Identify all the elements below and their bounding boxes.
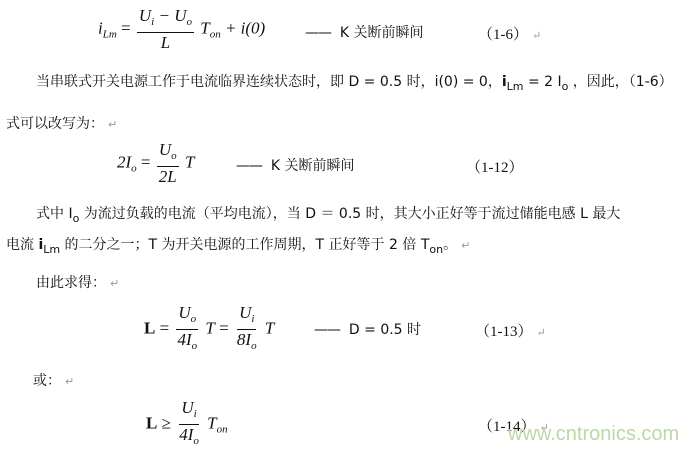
fraction-numerator: Uo	[157, 140, 179, 167]
equation-number: （1-6）	[478, 27, 528, 43]
fraction-denominator: 4Io	[175, 330, 199, 356]
subscript: Lm	[507, 80, 524, 93]
fraction: Uo 2L	[157, 140, 179, 187]
equation-1-13: L = Uo 4Io T = Ui 8Io T	[144, 303, 274, 356]
fraction-denominator: 2L	[157, 167, 179, 187]
eq-symbol: T	[205, 318, 214, 337]
eq-subscript: o	[131, 162, 137, 174]
equation-number: （1-12）	[466, 160, 524, 176]
subscript: on	[429, 243, 443, 256]
dash: ——	[236, 158, 262, 174]
dash: ——	[314, 322, 340, 338]
paragraph-mark-icon: ↵	[532, 30, 541, 42]
eq-operator: ≥	[162, 413, 171, 432]
watermark-text: www.cntronics.com	[508, 423, 679, 445]
equation-condition: D = 0.5 时	[349, 322, 421, 338]
paragraph-text: 当串联式开关电源工作于电流临界连续状态时，即 D = 0.5 时，i(0) = …	[36, 74, 502, 90]
paragraph-1-line-1: 当串联式开关电源工作于电流临界连续状态时，即 D = 0.5 时，i(0) = …	[36, 73, 673, 96]
watermark: www.cntronics.com	[508, 423, 679, 446]
fraction: Ui 4Io	[177, 398, 201, 451]
fraction-numerator: Uo	[176, 303, 198, 330]
fraction-denominator: L	[159, 33, 172, 53]
paragraph-text: 的二分之一；T 为开关电源的工作周期，T 正好等于 2 倍 T	[60, 237, 429, 253]
paragraph-text: ，因此，（1-6）	[568, 74, 672, 90]
equation-1-6: iLm = Ui − Uo L Ton + i(0)	[98, 6, 265, 53]
paragraph-mark-icon: ↵	[65, 375, 74, 388]
paragraph-text: 为流过负载的电流（平均电流），当 D ＝ 0.5 时，其大小正好等于流过储能电感…	[79, 206, 620, 222]
eq-symbol: T	[185, 152, 194, 171]
paragraph-text: 电流	[6, 237, 38, 253]
eq-symbol: 2I	[117, 152, 131, 171]
equation-1-14: L ≥ Ui 4Io Ton	[146, 398, 228, 451]
fraction: Ui − Uo L	[137, 6, 194, 53]
eq-operator: =	[160, 318, 170, 337]
fraction: Uo 4Io	[175, 303, 199, 356]
subscript: Lm	[43, 243, 60, 256]
eq-term: + i(0)	[225, 18, 265, 37]
fraction-numerator: Ui	[179, 398, 198, 425]
paragraph-text: 或：	[33, 373, 61, 389]
equation-condition: K 关断前瞬间	[271, 158, 355, 174]
equation-number-1-6: （1-6）↵	[478, 23, 541, 44]
equation-1-13-note: —— D = 0.5 时	[314, 321, 421, 339]
eq-subscript: on	[217, 423, 228, 435]
paragraph-3: 由此求得：↵	[36, 274, 119, 293]
eq-symbol: T	[265, 318, 274, 337]
eq-operator: =	[141, 152, 151, 171]
eq-symbol: T	[207, 413, 216, 432]
paragraph-mark-icon: ↵	[110, 277, 119, 290]
fraction-numerator: Ui − Uo	[137, 6, 194, 33]
paragraph-mark-icon: ↵	[537, 327, 546, 339]
fraction: Ui 8Io	[235, 303, 259, 356]
paragraph-text: 。	[443, 237, 457, 253]
paragraph-2-line-1: 式中 Io 为流过负载的电流（平均电流），当 D ＝ 0.5 时，其大小正好等于…	[36, 205, 620, 228]
eq-operator: =	[121, 18, 131, 37]
equation-1-12-note: —— K 关断前瞬间	[236, 157, 355, 175]
paragraph-text: 式中 I	[36, 206, 73, 222]
equation-number-1-13: （1-13）↵	[475, 320, 546, 341]
equation-1-6-note: —— K 关断前瞬间	[305, 24, 424, 42]
paragraph-text: 由此求得：	[36, 275, 106, 291]
fraction-numerator: Ui	[237, 303, 256, 330]
paragraph-1-line-2: 式可以改写为：↵	[6, 115, 117, 134]
eq-subscript: Lm	[103, 28, 117, 40]
fraction-denominator: 4Io	[177, 425, 201, 451]
paragraph-4: 或：↵	[33, 372, 74, 391]
equation-number: （1-13）	[475, 324, 533, 340]
eq-subscript: on	[210, 28, 221, 40]
paragraph-mark-icon: ↵	[461, 239, 470, 252]
eq-operator: =	[219, 318, 229, 337]
eq-symbol: T	[200, 18, 209, 37]
eq-symbol: L	[144, 318, 155, 337]
paragraph-mark-icon: ↵	[108, 118, 117, 131]
paragraph-text: = 2 I	[524, 74, 562, 90]
equation-number-1-12: （1-12）	[466, 156, 524, 177]
fraction-denominator: 8Io	[235, 330, 259, 356]
paragraph-text: 式可以改写为：	[6, 116, 104, 132]
dash: ——	[305, 25, 331, 41]
equation-condition: K 关断前瞬间	[340, 25, 424, 41]
paragraph-2-line-2: 电流 iLm 的二分之一；T 为开关电源的工作周期，T 正好等于 2 倍 Ton…	[6, 236, 470, 259]
equation-1-12: 2Io = Uo 2L T	[117, 140, 194, 187]
eq-symbol: L	[146, 413, 157, 432]
